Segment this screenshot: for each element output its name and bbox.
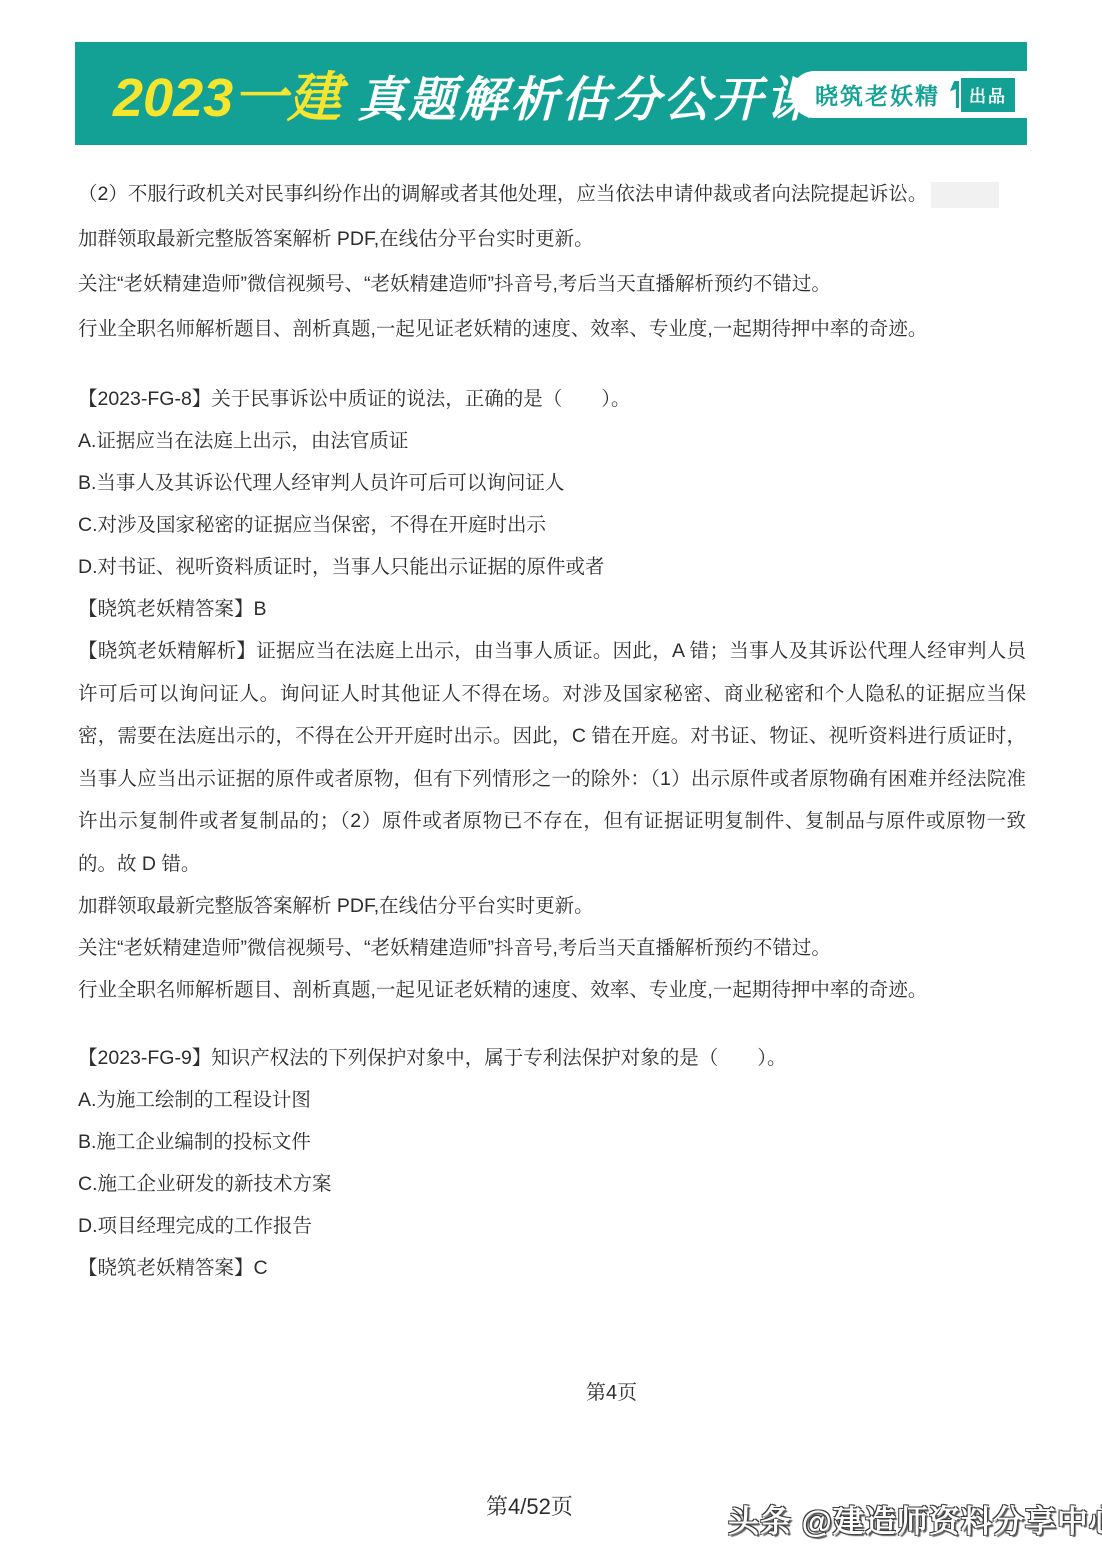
brand-name: 晓筑老妖精 [815, 78, 940, 111]
promo-line: 关注“老妖精建造师”微信视频号、“老妖精建造师”抖音号,考后当天直播解析预约不错… [78, 927, 1026, 969]
highlight-artifact [931, 182, 999, 208]
document-body: （2）不服行政机关对民事纠纷作出的调解或者其他处理，应当依法申请仲裁或者向法院提… [78, 172, 1026, 1289]
brand-logo: 晓筑老妖精 出品 [791, 71, 1027, 118]
banner-titles: 2023一建 真题解析估分公开课 [75, 55, 816, 132]
question-9-stem: 【2023-FG-9】知识产权法的下列保护对象中，属于专利法保护对象的是（ ）。 [78, 1037, 1026, 1079]
promo-line: 行业全职名师解析题目、剖析真题,一起见证老妖精的速度、效率、专业度,一起期待押中… [78, 307, 1026, 352]
page-number-inline: 第4页 [586, 1376, 637, 1405]
banner-course-title: 真题解析估分公开课 [357, 61, 816, 130]
question-8-option-a: A.证据应当在法庭上出示，由法官质证 [78, 420, 1026, 462]
question-8-analysis: 【晓筑老妖精解析】证据应当在法庭上出示，由当事人质证。因此，A 错；当事人及其诉… [78, 630, 1026, 885]
watermark-text: 头条 @建造师资料分享中心 [728, 1496, 1102, 1541]
question-8-answer: 【晓筑老妖精答案】B [78, 588, 1026, 630]
question-9-option-a: A.为施工绘制的工程设计图 [78, 1079, 1026, 1121]
question-8-option-c: C.对涉及国家秘密的证据应当保密，不得在开庭时出示 [78, 504, 1026, 546]
note-line: （2）不服行政机关对民事纠纷作出的调解或者其他处理，应当依法申请仲裁或者向法院提… [78, 172, 1026, 217]
banner-year-title: 2023一建 [113, 55, 341, 132]
header-banner: 2023一建 真题解析估分公开课 晓筑老妖精 出品 [75, 42, 1027, 145]
note-line-text: （2）不服行政机关对民事纠纷作出的调解或者其他处理，应当依法申请仲裁或者向法院提… [78, 183, 927, 205]
brand-badge: 出品 [961, 78, 1015, 112]
promo-line: 加群领取最新完整版答案解析 PDF,在线估分平台实时更新。 [78, 217, 1026, 262]
question-8-stem: 【2023-FG-8】关于民事诉讼中质证的说法，正确的是（ ）。 [78, 378, 1026, 420]
promo-line: 加群领取最新完整版答案解析 PDF,在线估分平台实时更新。 [78, 885, 1026, 927]
promo-line: 关注“老妖精建造师”微信视频号、“老妖精建造师”抖音号,考后当天直播解析预约不错… [78, 262, 1026, 307]
question-8-option-d: D.对书证、视听资料质证时，当事人只能出示证据的原件或者 [78, 546, 1026, 588]
question-9-answer: 【晓筑老妖精答案】C [78, 1247, 1026, 1289]
document-page: 2023一建 真题解析估分公开课 晓筑老妖精 出品 （2）不服行政机关对民事纠纷… [0, 0, 1102, 1559]
blank-line [78, 352, 1026, 378]
question-9-option-b: B.施工企业编制的投标文件 [78, 1121, 1026, 1163]
page-number-footer: 第4/52页 [486, 1490, 573, 1521]
question-9-option-c: C.施工企业研发的新技术方案 [78, 1163, 1026, 1205]
blank-line [78, 1011, 1026, 1037]
promo-line: 行业全职名师解析题目、剖析真题,一起见证老妖精的速度、效率、专业度,一起期待押中… [78, 969, 1026, 1011]
question-9-option-d: D.项目经理完成的工作报告 [78, 1205, 1026, 1247]
question-8-option-b: B.当事人及其诉讼代理人经审判人员许可后可以询问证人 [78, 462, 1026, 504]
ribbon-icon [950, 81, 959, 108]
